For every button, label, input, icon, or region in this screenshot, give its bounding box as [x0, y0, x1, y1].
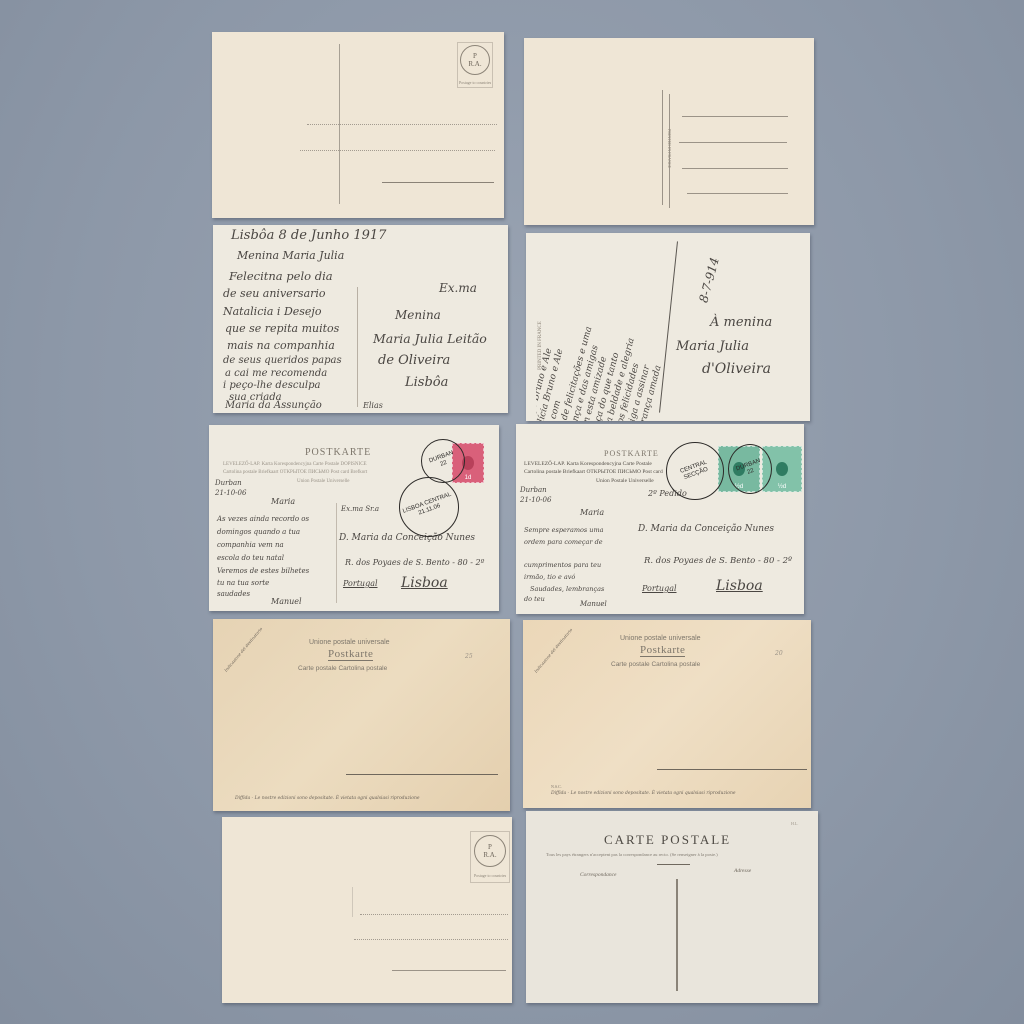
- message-line: saudades: [217, 590, 250, 598]
- header-top: Unione postale universale: [309, 639, 390, 646]
- message-line: Menina Maria Julia: [237, 249, 344, 262]
- postcard-5: POSTKARTE LEVELEZŐ-LAP. Karta Koresponde…: [209, 425, 499, 611]
- postcard-6: POSTKARTE LEVELEZŐ-LAP. Karta Koresponde…: [516, 424, 804, 614]
- correspondance-label: Correspondance: [580, 872, 616, 878]
- address-line: Maria Julia Leitão: [373, 331, 487, 346]
- divider-line: [336, 503, 337, 603]
- footer-text: Diffida - Le nostre edizioni sono deposi…: [551, 791, 736, 796]
- header-underline: [657, 864, 690, 865]
- origin: Durban: [215, 479, 242, 487]
- seal-caption: Postage to countries: [474, 873, 506, 878]
- postcard-9: PR.A. Postage to countries: [222, 817, 512, 1003]
- message-line: de seus queridos papas: [223, 355, 342, 366]
- message-line: cumprimentos para teu: [524, 561, 601, 569]
- divider-line: [662, 90, 663, 205]
- message-line: Lisbôa 8 de Junho 1917: [231, 228, 386, 243]
- address-line: Lisboa: [716, 578, 763, 594]
- divider-line: [676, 879, 678, 991]
- address-line: [682, 168, 788, 169]
- seal-icon: PR.A.: [474, 835, 506, 867]
- postcard-8: Unione postale universale Postkarte Cart…: [523, 620, 811, 808]
- seal-caption: Postage to countries: [459, 80, 491, 85]
- address-line: R. dos Poyaes de S. Bento - 80 - 2º: [345, 558, 484, 567]
- address-line: Lisbôa: [405, 375, 448, 390]
- corner-note: Indicazione del destinatario: [533, 627, 573, 674]
- address-line: [657, 769, 807, 770]
- address-line: Lisboa: [401, 575, 448, 591]
- origin: Durban: [520, 486, 547, 494]
- signature: Manuel: [580, 600, 607, 608]
- message-line: Natalicia i Desejo: [223, 305, 321, 318]
- address-line: [682, 116, 788, 117]
- postmark-durban: DURBAN22: [728, 444, 772, 494]
- signature: Manuel: [271, 597, 302, 606]
- message-line: Sempre esperamos uma: [524, 526, 604, 534]
- postcard-10: CARTE POSTALE Tous les pays étrangers n'…: [526, 811, 818, 1003]
- address-line: Portugal: [642, 584, 677, 593]
- signature: Maria da Assunção: [225, 400, 322, 411]
- date: 8-7-914: [696, 256, 722, 304]
- postmark-central: CENTRALSECÇÃO: [666, 442, 724, 500]
- message-line: escola do teu natal: [217, 554, 284, 562]
- address-line: [679, 142, 787, 143]
- printed-in-france-text: PRINTED IN FRANCE: [667, 129, 672, 168]
- message-line: Felecitna pelo dia: [229, 269, 333, 283]
- rotated-message: Maria Jo Bruno e Ale Natalícia Bruno e A…: [536, 233, 666, 421]
- corner-note: Indicazione del destinatario: [223, 626, 263, 673]
- message-line: Maria: [271, 497, 295, 506]
- message-line: do teu: [524, 595, 545, 603]
- address-line: [687, 193, 788, 194]
- message-line: que se repita muitos: [225, 322, 339, 335]
- address-line: [360, 914, 508, 915]
- message-line: As vezes ainda recordo os: [217, 515, 309, 523]
- seal-icon: PR.A.: [460, 45, 490, 75]
- signature-tail: Elias: [363, 401, 383, 410]
- subheader-line: LEVELEZŐ-LAP. Karta Korespondencyjna Car…: [223, 462, 367, 467]
- message-line: Maria: [580, 508, 604, 517]
- origin-date: 21-10-06: [215, 489, 246, 497]
- message-line: domingos quando a tua: [217, 528, 300, 536]
- message-line: a cai me recomenda: [225, 368, 327, 379]
- address-line: d'Oliveira: [702, 361, 771, 377]
- address-line: [354, 939, 508, 940]
- header-sub: Carte postale Cartolina postale: [298, 665, 387, 672]
- number-mark: 25: [465, 653, 473, 660]
- header-main: Postkarte: [640, 644, 685, 657]
- publisher-mark: N.S.C.: [551, 784, 562, 789]
- subheader-line: Union Postale Universelle: [297, 479, 350, 484]
- address-line: Ex.ma Sr.a: [341, 505, 379, 513]
- subheader-line: Cartolina postale Briefkaart OTKPЫTOE ПИ…: [524, 469, 663, 475]
- address-line: Portugal: [343, 579, 378, 588]
- origin-date: 21-10-06: [520, 496, 551, 504]
- address-line: [346, 774, 498, 775]
- message-line: de seu aniversario: [223, 287, 326, 300]
- address-line: Maria Julia: [676, 339, 749, 354]
- number-mark: 20: [775, 650, 783, 657]
- subheader-line: Cartolina postale Briefkaart OTKPЫTOE ПИ…: [223, 470, 367, 475]
- header-main: Postkarte: [328, 648, 373, 661]
- message-line: irmão, tio e avó: [524, 573, 575, 581]
- stamp-portrait-icon: [776, 462, 788, 476]
- subheader-line: LEVELEZŐ-LAP. Karta Korespondencyjna Car…: [524, 461, 652, 467]
- adresse-label: Adresse: [734, 868, 751, 874]
- address-line: [300, 150, 495, 151]
- address-line: [382, 182, 494, 183]
- address-line: D. Maria da Conceição Nunes: [339, 533, 475, 543]
- corner-mark: H.L.: [791, 821, 798, 826]
- header-top: Unione postale universale: [620, 635, 701, 642]
- postmark-lisboa: LISBOA CENTRAL21.11.06: [399, 477, 459, 537]
- postkarte-header: POSTKARTE: [604, 449, 659, 458]
- header-sub: Carte postale Cartolina postale: [611, 661, 700, 668]
- postcard-1: PR.A. Postage to countries: [212, 32, 504, 218]
- address-line: [307, 124, 497, 125]
- carte-postale-header: CARTE POSTALE: [604, 832, 731, 848]
- address-line: D. Maria da Conceição Nunes: [638, 524, 774, 534]
- message-line: tu na tua sorte: [217, 579, 269, 587]
- address-line: R. dos Poyaes de S. Bento - 80 - 2º: [644, 556, 792, 566]
- notice-text: Tous les pays étrangers n'acceptent pas …: [546, 852, 718, 857]
- postcard-7: Unione postale universale Postkarte Cart…: [213, 619, 510, 811]
- postkarte-header: POSTKARTE: [305, 447, 371, 458]
- address-line: À menina: [710, 315, 772, 330]
- divider-line: [352, 887, 353, 917]
- address-line: de Oliveira: [378, 353, 450, 368]
- message-line: i peço-lhe desculpa: [223, 380, 321, 391]
- postcard-3: Lisbôa 8 de Junho 1917 Menina Maria Juli…: [213, 225, 508, 413]
- message-line: Veremos de estes bilhetes: [217, 567, 309, 575]
- postcard-4: PRINTED IN FRANCE Maria Jo Bruno e Ale N…: [526, 233, 810, 421]
- subheader-line: Union Postale Universelle: [596, 478, 654, 484]
- divider-line: [357, 287, 358, 407]
- footer-text: Diffida - Le nostre edizioni sono deposi…: [235, 796, 420, 801]
- message-line: mais na companhia: [227, 339, 335, 352]
- address-line: Ex.ma: [439, 281, 477, 295]
- postcard-2: PRINTED IN FRANCE: [524, 38, 814, 225]
- message-line: Saudades, lembranças: [530, 585, 604, 593]
- address-line: [392, 970, 506, 971]
- address-line: Menina: [395, 308, 441, 322]
- message-line: ordem para começar de: [524, 538, 603, 546]
- message-line: companhia vem na: [217, 541, 284, 549]
